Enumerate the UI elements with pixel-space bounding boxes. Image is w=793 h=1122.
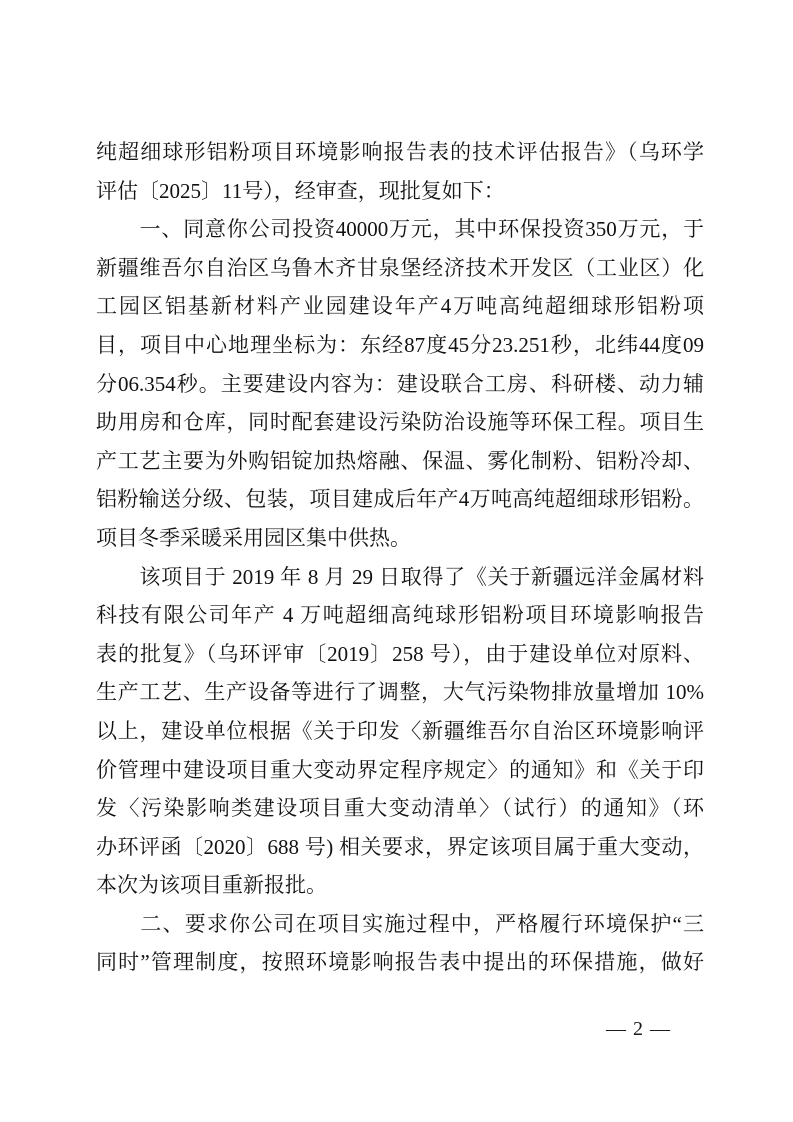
text-line: 表的批复》（乌环评审〔2019〕258 号），由于建设单位对原料、: [96, 635, 704, 674]
document-body: 纯超细球形铝粉项目环境影响报告表的技术评估报告》（乌环学评估〔2025〕11号）…: [96, 133, 704, 982]
text-line: 评估〔2025〕11号），经审查，现批复如下：: [96, 172, 704, 211]
text-line: 一、同意你公司投资40000万元，其中环保投资350万元，于: [96, 210, 704, 249]
text-line: 同时”管理制度，按照环境影响报告表中提出的环保措施，做好: [96, 943, 704, 982]
text-line: 铝粉输送分级、包装，项目建成后年产4万吨高纯超细球形铝粉。: [96, 480, 704, 519]
text-line: 目，项目中心地理坐标为：东经87度45分23.251秒，北纬44度09: [96, 326, 704, 365]
text-line: 助用房和仓库，同时配套建设污染防治设施等环保工程。项目生: [96, 403, 704, 442]
text-line: 该项目于 2019 年 8 月 29 日取得了《关于新疆远洋金属材料: [96, 558, 704, 597]
page-number: — 2 —: [606, 1017, 671, 1041]
text-line: 价管理中建设项目重大变动界定程序规定〉的通知》和《关于印: [96, 751, 704, 790]
text-line: 发〈污染影响类建设项目重大变动清单〉（试行）的通知》（环: [96, 789, 704, 828]
text-line: 科技有限公司年产 4 万吨超细高纯球形铝粉项目环境影响报告: [96, 596, 704, 635]
text-line: 二、要求你公司在项目实施过程中，严格履行环境保护“三: [96, 905, 704, 944]
text-line: 以上，建设单位根据《关于印发〈新疆维吾尔自治区环境影响评: [96, 712, 704, 751]
text-line: 纯超细球形铝粉项目环境影响报告表的技术评估报告》（乌环学: [96, 133, 704, 172]
text-line: 项目冬季采暖采用园区集中供热。: [96, 519, 704, 558]
text-line: 新疆维吾尔自治区乌鲁木齐甘泉堡经济技术开发区（工业区）化: [96, 249, 704, 288]
text-line: 分06.354秒。主要建设内容为：建设联合工房、科研楼、动力辅: [96, 365, 704, 404]
text-line: 本次为该项目重新报批。: [96, 866, 704, 905]
text-line: 办环评函〔2020〕688 号) 相关要求，界定该项目属于重大变动，: [96, 828, 704, 867]
document-page: 纯超细球形铝粉项目环境影响报告表的技术评估报告》（乌环学评估〔2025〕11号）…: [0, 0, 793, 1122]
text-line: 产工艺主要为外购铝锭加热熔融、保温、雾化制粉、铝粉冷却、: [96, 442, 704, 481]
text-line: 生产工艺、生产设备等进行了调整，大气污染物排放量增加 10%: [96, 673, 704, 712]
text-line: 工园区铝基新材料产业园建设年产4万吨高纯超细球形铝粉项: [96, 287, 704, 326]
